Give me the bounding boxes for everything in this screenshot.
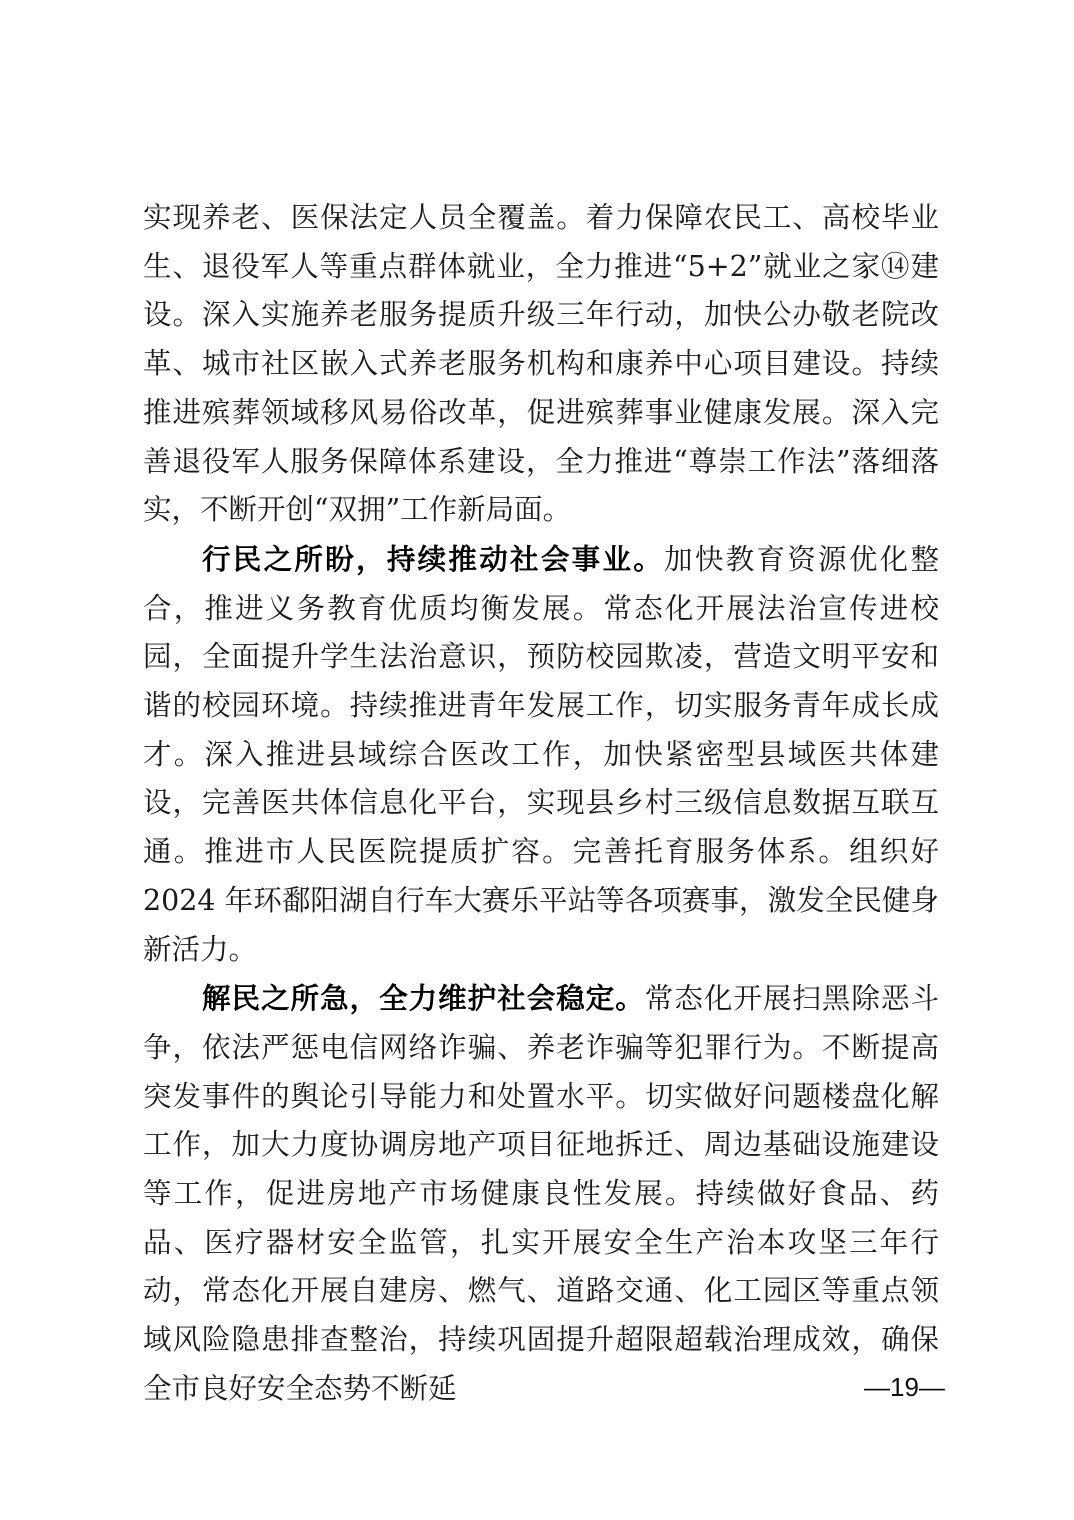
- paragraph-social-affairs: 行民之所盼，持续推动社会事业。加快教育资源优化整合，推进义务教育优质均衡发展。常…: [143, 535, 939, 974]
- document-body: 实现养老、医保法定人员全覆盖。着力保障农民工、高校毕业生、退役军人等重点群体就业…: [143, 194, 939, 1414]
- paragraph-text: 加快教育资源优化整合，推进义务教育优质均衡发展。常态化开展法治宣传进校园，全面提…: [143, 543, 939, 966]
- page-number: —19—: [864, 1372, 945, 1403]
- paragraph-text: 实现养老、医保法定人员全覆盖。着力保障农民工、高校毕业生、退役军人等重点群体就业…: [143, 201, 939, 526]
- paragraph-text: 常态化开展扫黑除恶斗争，依法严惩电信网络诈骗、养老诈骗等犯罪行为。不断提高突发事…: [143, 982, 939, 1405]
- paragraph-social-security: 实现养老、医保法定人员全覆盖。着力保障农民工、高校毕业生、退役军人等重点群体就业…: [143, 194, 939, 535]
- paragraph-heading: 解民之所急，全力维护社会稳定。: [202, 981, 645, 1015]
- paragraph-heading: 行民之所盼，持续推动社会事业。: [202, 542, 664, 576]
- paragraph-social-stability: 解民之所急，全力维护社会稳定。常态化开展扫黑除恶斗争，依法严惩电信网络诈骗、养老…: [143, 974, 939, 1413]
